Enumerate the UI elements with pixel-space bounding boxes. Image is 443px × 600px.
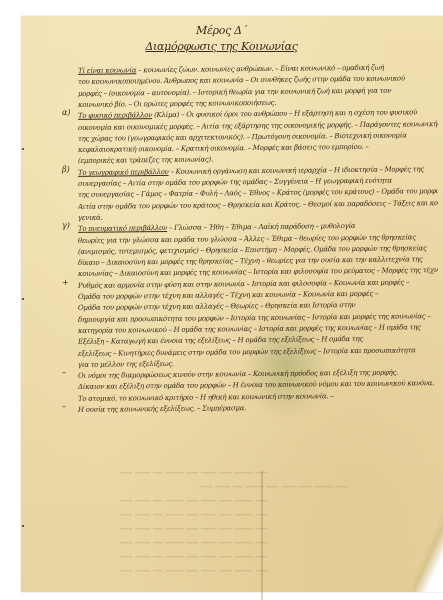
line-text: της συνεργασίας – Γάμος – Φατρία – Φυλή …	[78, 187, 438, 199]
line-text: (εμπορικές και τράπεζες της κοινωνίας).	[78, 156, 213, 165]
margin-mark	[22, 525, 24, 527]
show-through-line: ▬▬▬▬ ▬▬▬▬▬ ▬▬▬ ▬▬▬▬▬▬ ▬▬▬▬ ▬▬▬▬▬ ▬▬▬▬ ▬▬…	[120, 512, 268, 518]
line-marker: –	[62, 402, 66, 411]
line-text: εξελίξεως – Κινητήριες δυνάμεις στην ομά…	[78, 346, 416, 358]
line-marker: γ)	[62, 221, 70, 230]
line-text: – Κοινωνική οργάνωση και κοινωνική ιεραρ…	[169, 165, 424, 176]
line-marker: β)	[62, 165, 70, 174]
line-text: Ρυθμός και αρμονία στην φύση και στην κο…	[78, 278, 409, 289]
line-text: Εξέλιξη – Καταγωγή και έννοια της εξελίξ…	[78, 335, 363, 346]
show-through-line: ▬▬▬▬ ▬▬▬▬▬ ▬▬▬ ▬▬▬▬▬▬ ▬▬▬▬ ▬▬▬▬▬ ▬▬▬▬ ▬▬…	[120, 470, 268, 476]
show-through-line: ▬▬▬▬ ▬▬▬▬▬ ▬▬▬ ▬▬▬▬▬▬ ▬▬▬▬ ▬▬▬▬▬ ▬▬▬▬ ▬▬…	[120, 554, 268, 560]
line-text: Ομάδα του μορφών στην τέχνη και αλλαγές …	[78, 301, 355, 312]
show-through-line: ▬▬▬▬ ▬▬▬▬▬ ▬▬▬ ▬▬▬▬▬▬ ▬▬▬▬ ▬▬▬▬▬ ▬▬▬▬ ▬▬…	[120, 526, 268, 532]
line-text: δημιουργία και προσωπικότητα του μορφών …	[78, 312, 431, 324]
margin-mark	[22, 298, 24, 300]
paper-fold-crease	[261, 471, 263, 600]
line-text: οικονομία και οικονομικές μορφές. – Αιτί…	[78, 120, 438, 132]
line-text: (Κλίμα) – Οι φυσικοί όροι του ανθρώπου –…	[152, 109, 417, 120]
section-heading: Το φυσικό περιβάλλον	[78, 111, 152, 120]
line-marker: +	[62, 278, 69, 287]
line-text: θεωρίες για την γλώσσα και ομάδα του γλώ…	[78, 233, 416, 245]
section-heading: Τί είναι κοινωνία	[78, 66, 136, 75]
line-marker: α)	[62, 108, 71, 117]
curled-corner	[413, 512, 443, 592]
line-text: γενικά.	[78, 214, 102, 222]
part-label: Μέρος Δ΄	[0, 24, 443, 37]
line-text: Δίκαιον και εξέλιξη στην ομάδα του μορφώ…	[78, 380, 434, 392]
line-text: Το ατομικό, το κοινωνικό κριτήριο – Η ηθ…	[78, 392, 334, 403]
show-through-line: ▬▬▬▬ ▬▬▬▬▬ ▬▬▬ ▬▬▬▬▬▬ ▬▬▬▬ ▬▬▬▬▬ ▬▬▬▬ ▬▬…	[120, 540, 268, 546]
line-text: του κοινωνικοποιημένου. Άνθρωπος και κοι…	[78, 75, 405, 86]
section-heading: Το πνευματικό περιβάλλον	[78, 224, 167, 233]
line-text: κοινωνίας – Δικαιοσύνη και μορφές της κο…	[78, 266, 438, 278]
line-text: – Γλώσσα – Ήθη – Έθιμα – Λαϊκή παράδοση …	[167, 222, 355, 232]
show-through-line: ▬▬▬▬ ▬▬▬▬▬ ▬▬▬ ▬▬▬▬▬▬ ▬▬▬▬ ▬▬▬▬▬ ▬▬▬▬ ▬▬…	[120, 568, 268, 574]
line-marker: –	[62, 368, 66, 377]
page-heading: Διαμόρφωσις της Κοινωνίας	[0, 40, 443, 53]
line-text: κοινωνικό βίο. – Οι πρώτες μορφές της κο…	[78, 99, 276, 109]
section-heading: Το γεωγραφικό περιβάλλον	[78, 168, 169, 177]
line-text: – κοινωνίες ζώων. κοινωνίες ανθρώπων. – …	[136, 64, 384, 75]
show-through-line: ▬▬▬▬ ▬▬▬▬▬ ▬▬▬ ▬▬▬▬▬▬ ▬▬▬▬ ▬▬▬▬▬ ▬▬▬▬ ▬▬…	[200, 484, 348, 490]
line-text: μορφές – (οικονομία – αυτονομία). – Ιστο…	[78, 86, 391, 97]
show-through-line: ▬▬▬▬ ▬▬▬▬▬ ▬▬▬ ▬▬▬▬▬▬ ▬▬▬▬ ▬▬▬▬▬ ▬▬▬▬ ▬▬…	[120, 498, 268, 504]
margin-mark	[22, 148, 24, 150]
line-text: για το μέλλον της εξελίξεως.	[78, 360, 174, 369]
line-text: Η ουσία της κοινωνικής εξελίξεως. – Συμπ…	[78, 404, 246, 414]
